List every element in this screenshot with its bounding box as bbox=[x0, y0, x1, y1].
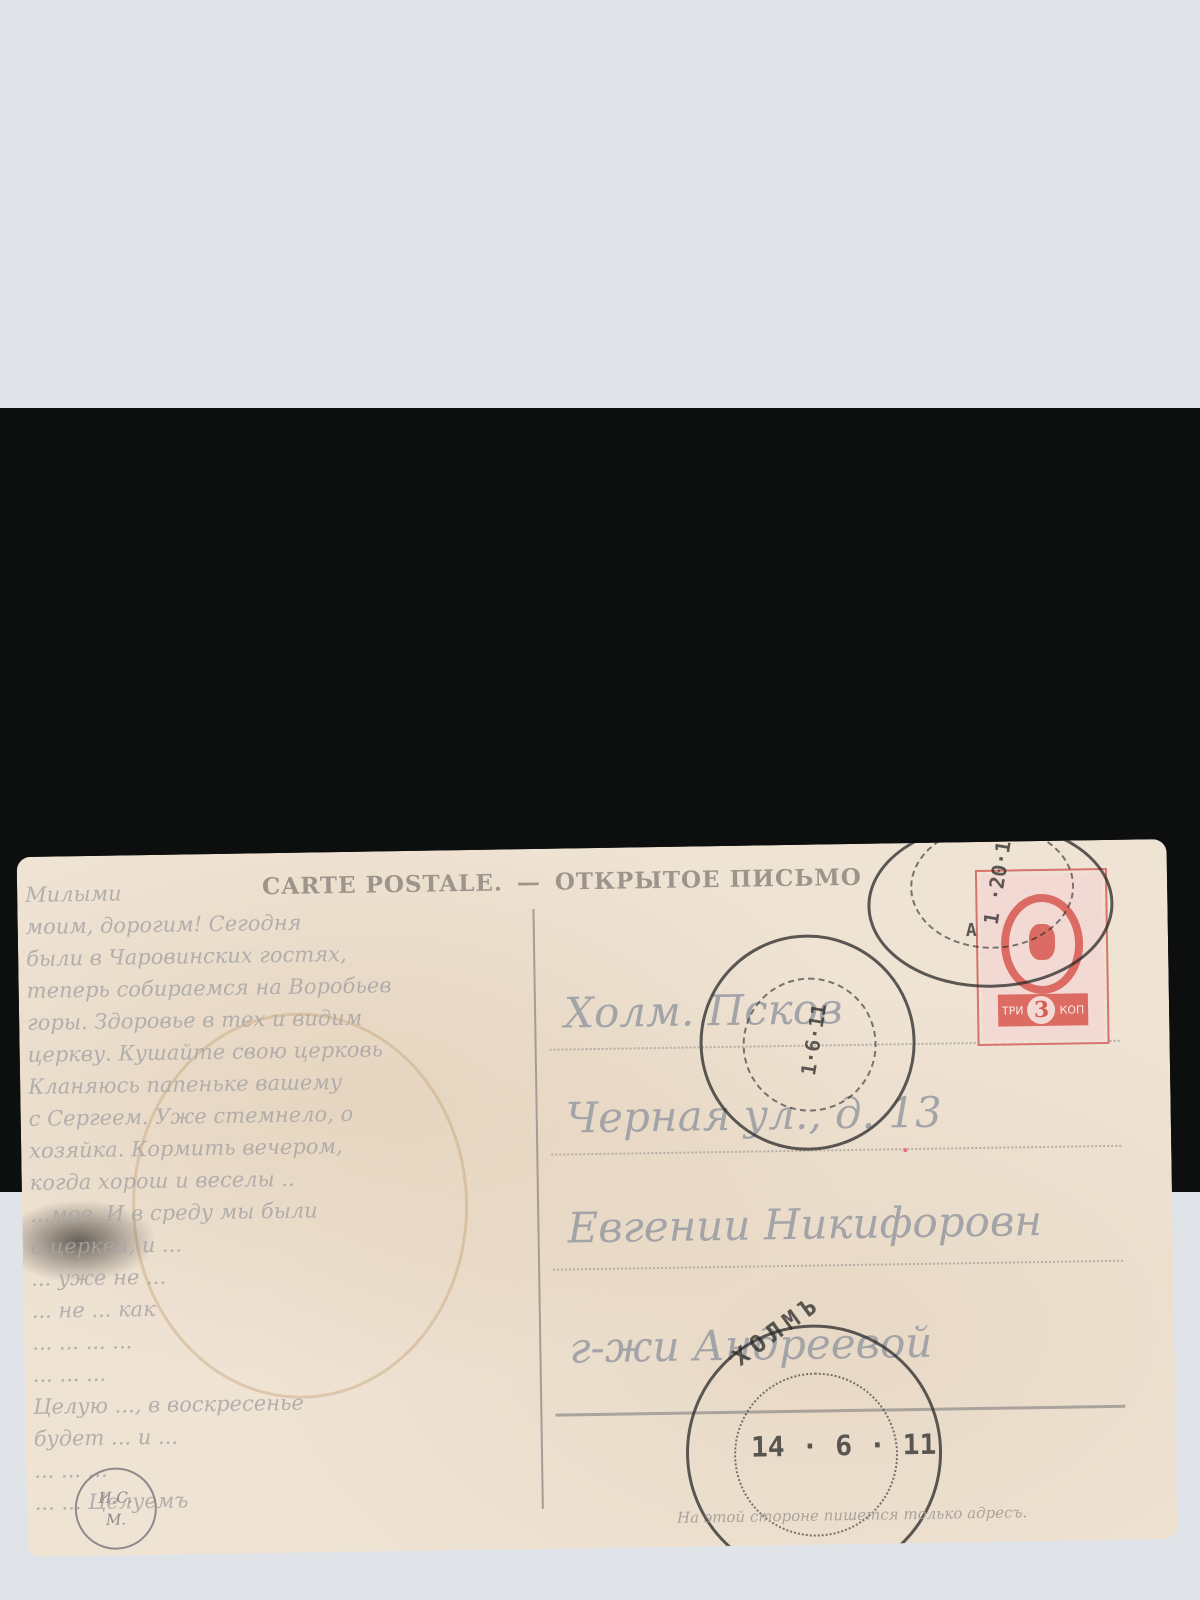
initials-line-1: И.С. bbox=[98, 1486, 132, 1509]
stamp-value: 3 bbox=[1027, 996, 1055, 1024]
handwritten-message: Милымимоим, дорогим! Сегоднябыли в Чаров… bbox=[25, 871, 535, 1519]
vertical-divider bbox=[532, 909, 543, 1509]
address-line-3: Евгении Никифоровн bbox=[567, 1196, 1042, 1252]
postcard: CARTE POSTALE.—ОТКРЫТОЕ ПИСЬМО Милымимои… bbox=[17, 839, 1178, 1557]
stamp-label-right: КОП bbox=[1059, 1003, 1084, 1016]
postmark-code: A bbox=[966, 920, 977, 941]
stamp-value-row: ТРИ 3 КОП bbox=[998, 993, 1089, 1026]
ink-dot bbox=[903, 1148, 907, 1152]
initials-line-2: М. bbox=[106, 1508, 126, 1530]
stamp-label-left: ТРИ bbox=[1002, 1004, 1024, 1017]
initials-stamp: И.С. М. bbox=[74, 1467, 157, 1550]
photo-backdrop: CARTE POSTALE.—ОТКРЫТОЕ ПИСЬМО Милымимои… bbox=[0, 408, 1200, 1192]
header-otkrytoe-pismo: ОТКРЫТОЕ ПИСЬМО bbox=[555, 864, 862, 896]
postmark-date: 14 · 6 · 11 bbox=[751, 1428, 937, 1464]
address-rule-3 bbox=[553, 1260, 1123, 1271]
